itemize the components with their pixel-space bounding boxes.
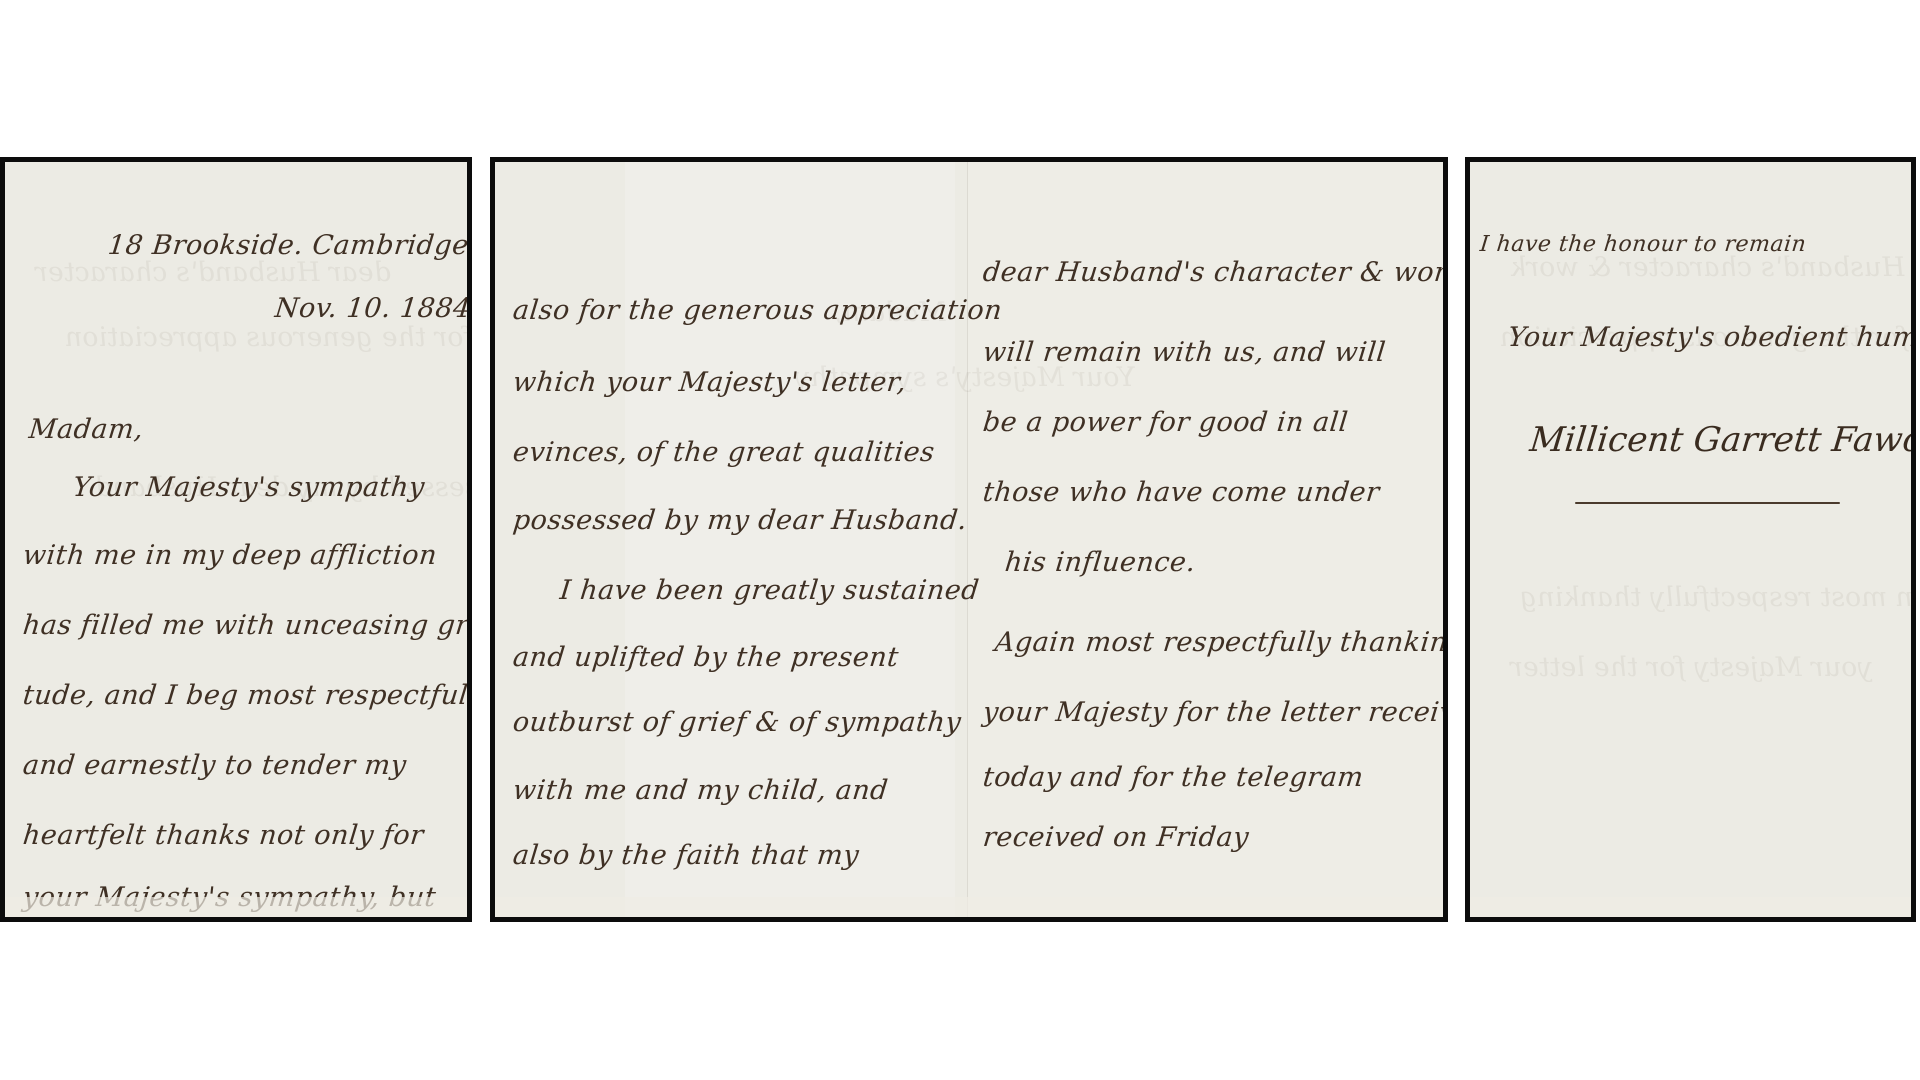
body-line: Your Majesty's sympathy [71,472,426,503]
body-line: and earnestly to tender my [21,750,408,781]
letter-page-1: dear Husband's character also for the ge… [0,157,472,922]
body-line: be a power for good in all [981,407,1349,438]
body-line: which your Majesty's letter, [511,367,908,398]
letter-date: Nov. 10. 1884. [273,293,472,324]
signature-underline [1575,502,1840,504]
bleed-through-text: also for the generous appreciation [63,322,472,353]
body-line: with me and my child, and [511,775,889,806]
body-line: will remain with us, and will [981,337,1387,368]
body-line: has filled me with unceasing grati: [21,610,472,641]
body-line: today and for the telegram [981,762,1365,793]
body-line: with me in my deep affliction [21,540,438,571]
body-line: those who have come under [981,477,1381,508]
body-line: also by the faith that my [511,840,860,871]
letter-page-3: dear Husband's character & work also for… [1465,157,1916,922]
body-line: and uplifted by the present [511,642,900,673]
salutation: Madam, [27,414,145,445]
closing-line: Your Majesty's obedient humble [1506,322,1916,353]
letter-page-2-spread: Madam, Your Majesty's sympathy also for … [490,157,1448,922]
body-line: your Majesty's sympathy, but [21,882,437,913]
bleed-through-text: Again most respectfully thanking [1518,582,1916,613]
bleed-through-text: dear Husband's character [33,257,392,288]
body-line: tude, and I beg most respectfully [21,680,472,711]
bleed-through-text: your Majesty for the letter [1508,652,1874,683]
sender-address: 18 Brookside. Cambridge. [106,230,472,261]
body-line: heartfelt thanks not only for [21,820,425,851]
body-line: I have been greatly sustained [558,575,980,606]
body-line: also for the generous appreciation [511,295,1003,326]
closing-line: I have the honour to remain [1479,232,1808,257]
body-line: your Majesty for the letter received [981,697,1448,728]
body-line: possessed by my dear Husband. [511,505,968,536]
body-line: dear Husband's character & work [981,257,1448,288]
body-line: Again most respectfully thanking [993,627,1448,658]
body-line: received on Friday [981,822,1250,853]
body-line: evinces, of the great qualities [511,437,936,468]
body-line: his influence. [1003,547,1197,578]
body-line: outburst of grief & of sympathy [511,707,962,738]
signature: Millicent Garrett Fawcett [1528,420,1916,460]
